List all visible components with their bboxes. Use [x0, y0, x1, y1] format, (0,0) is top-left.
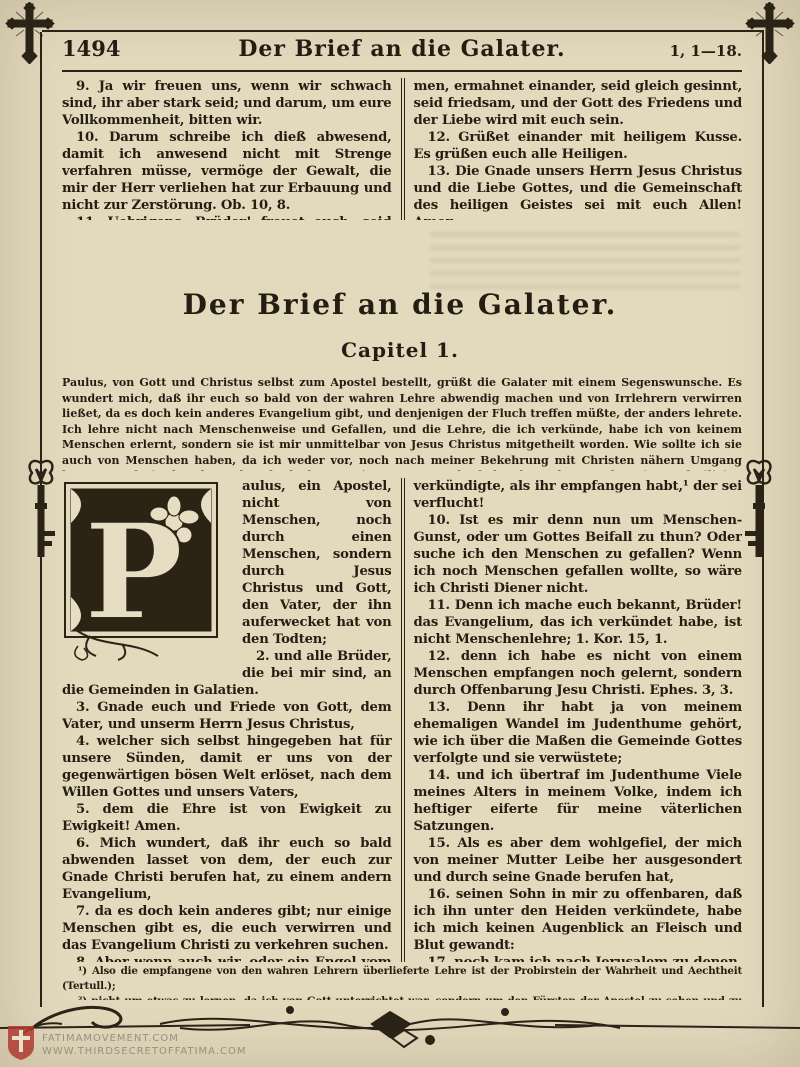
verse-range: 1, 1—18. [632, 42, 742, 60]
verse-paragraph: 11. Uebrigens, Brüder! freuet euch, seid… [62, 214, 392, 220]
verse-paragraph: men, ermahnet einander, seid gleich gesi… [414, 78, 743, 129]
top-text-section: 9. Ja wir freuen uns, wenn wir schwach s… [62, 78, 742, 220]
verse-number: 13. [428, 700, 468, 715]
verse-paragraph: 13. Denn ihr habt ja von meinem ehemalig… [414, 699, 743, 767]
verse-paragraph: 6. Mich wundert, daß ihr euch so bald ab… [62, 835, 392, 903]
verse-paragraph: 12. denn ich habe es nicht von einem Men… [414, 648, 743, 699]
verse-paragraph: 8. Aber wenn auch wir, oder ein Engel vo… [62, 954, 392, 962]
verse-paragraph: 16. seinen Sohn in mir zu offenbaren, da… [414, 886, 743, 954]
running-title: Der Brief an die Galater. [172, 36, 632, 62]
verse-number: 9. [76, 79, 99, 94]
verse-number: 2. [256, 649, 274, 664]
cross-ornament-icon [744, 2, 796, 64]
chapter-title: Capitel 1. [0, 338, 800, 362]
page-header: 1494 Der Brief an die Galater. 1, 1—18. [62, 36, 742, 62]
verse-number: 4. [76, 734, 97, 749]
opening-verse-text: aulus, ein Apostel, nicht von Menschen, … [242, 479, 392, 647]
watermark-line2: WWW.THIRDSECRETOFFATIMA.COM [42, 1045, 246, 1058]
chapter-summary: Paulus, von Gott und Christus selbst zum… [62, 375, 742, 471]
verse-number: 15. [428, 836, 458, 851]
main-text-section: P aulus, ein Apostel, nicht von Menschen… [62, 478, 742, 962]
verse-paragraph: 13. Die Gnade unsers Herrn Jesus Christu… [414, 163, 743, 220]
key-ornament-icon [24, 455, 58, 585]
verse-paragraph: 12. Grüßet einander mit heiligem Kusse. … [414, 129, 743, 163]
verse-number: 11. [428, 598, 455, 613]
cross-ornament-icon [4, 2, 56, 64]
verse-paragraph: 11. Denn ich mache euch bekannt, Brüder!… [414, 597, 743, 648]
verse-paragraph: 9. Ja wir freuen uns, wenn wir schwach s… [62, 78, 392, 129]
verse-number: 8. [76, 955, 95, 962]
verse-paragraph: verkündigte, als ihr empfangen habt,¹ de… [414, 478, 743, 512]
verse-paragraph: 10. Darum schreibe ich dieß abwesend, da… [62, 129, 392, 214]
watermark-line1: FATIMAMOVEMENT.COM [42, 1032, 246, 1045]
verse-number: 3. [76, 700, 97, 715]
verse-paragraph: 7. da es doch kein anderes gibt; nur ein… [62, 903, 392, 954]
book-title: Der Brief an die Galater. [0, 288, 800, 321]
verse-number: 12. [428, 649, 461, 664]
verse-number: 7. [76, 904, 95, 919]
page-number: 1494 [62, 36, 172, 61]
verse-paragraph: 15. Als es aber dem wohlgefiel, der mich… [414, 835, 743, 886]
verse-paragraph: 4. welcher sich selbst hingegeben hat fü… [62, 733, 392, 801]
watermark: FATIMAMOVEMENT.COM WWW.THIRDSECRETOFFATI… [6, 1024, 306, 1062]
scanned-book-page: 1494 Der Brief an die Galater. 1, 1—18. … [0, 0, 800, 1067]
verse-number: 6. [76, 836, 100, 851]
key-ornament-icon [742, 455, 776, 585]
footnote: ¹) Also die empfangene von den wahren Le… [62, 964, 742, 994]
verse-paragraph: 14. und ich übertraf im Judenthume Viele… [414, 767, 743, 835]
verse-number: 16. [428, 887, 456, 902]
watermark-text: FATIMAMOVEMENT.COM WWW.THIRDSECRETOFFATI… [42, 1024, 246, 1058]
header-rule [62, 70, 742, 72]
ornate-dropcap-P: P [62, 480, 234, 662]
verse-paragraph: 10. Ist es mir denn nun um Menschen-Guns… [414, 512, 743, 597]
verse-number: 10. [428, 513, 460, 528]
verse-number: 17. [428, 955, 455, 962]
main-left-column: P aulus, ein Apostel, nicht von Menschen… [62, 478, 392, 962]
frame-top-rule [42, 30, 764, 32]
svg-text:P: P [84, 495, 183, 650]
ink-bleedthrough [430, 232, 740, 292]
footnotes: ¹) Also die empfangene von den wahren Le… [62, 964, 742, 1000]
verse-number: 13. [428, 164, 456, 179]
shield-cross-logo-icon [6, 1024, 36, 1062]
verse-number: 11. [76, 215, 108, 220]
top-right-column: men, ermahnet einander, seid gleich gesi… [401, 78, 743, 220]
verse-paragraph: 5. dem die Ehre ist von Ewigkeit zu Ewig… [62, 801, 392, 835]
verse-paragraph: 3. Gnade euch und Friede von Gott, dem V… [62, 699, 392, 733]
verse-number: 10. [76, 130, 109, 145]
verse-paragraph: 17. noch kam ich nach Jerusalem zu denen… [414, 954, 743, 962]
top-left-column: 9. Ja wir freuen uns, wenn wir schwach s… [62, 78, 392, 220]
verse-number: 12. [428, 130, 459, 145]
verse-number: 5. [76, 802, 103, 817]
verse-number: 14. [428, 768, 457, 783]
main-right-column: verkündigte, als ihr empfangen habt,¹ de… [401, 478, 743, 962]
